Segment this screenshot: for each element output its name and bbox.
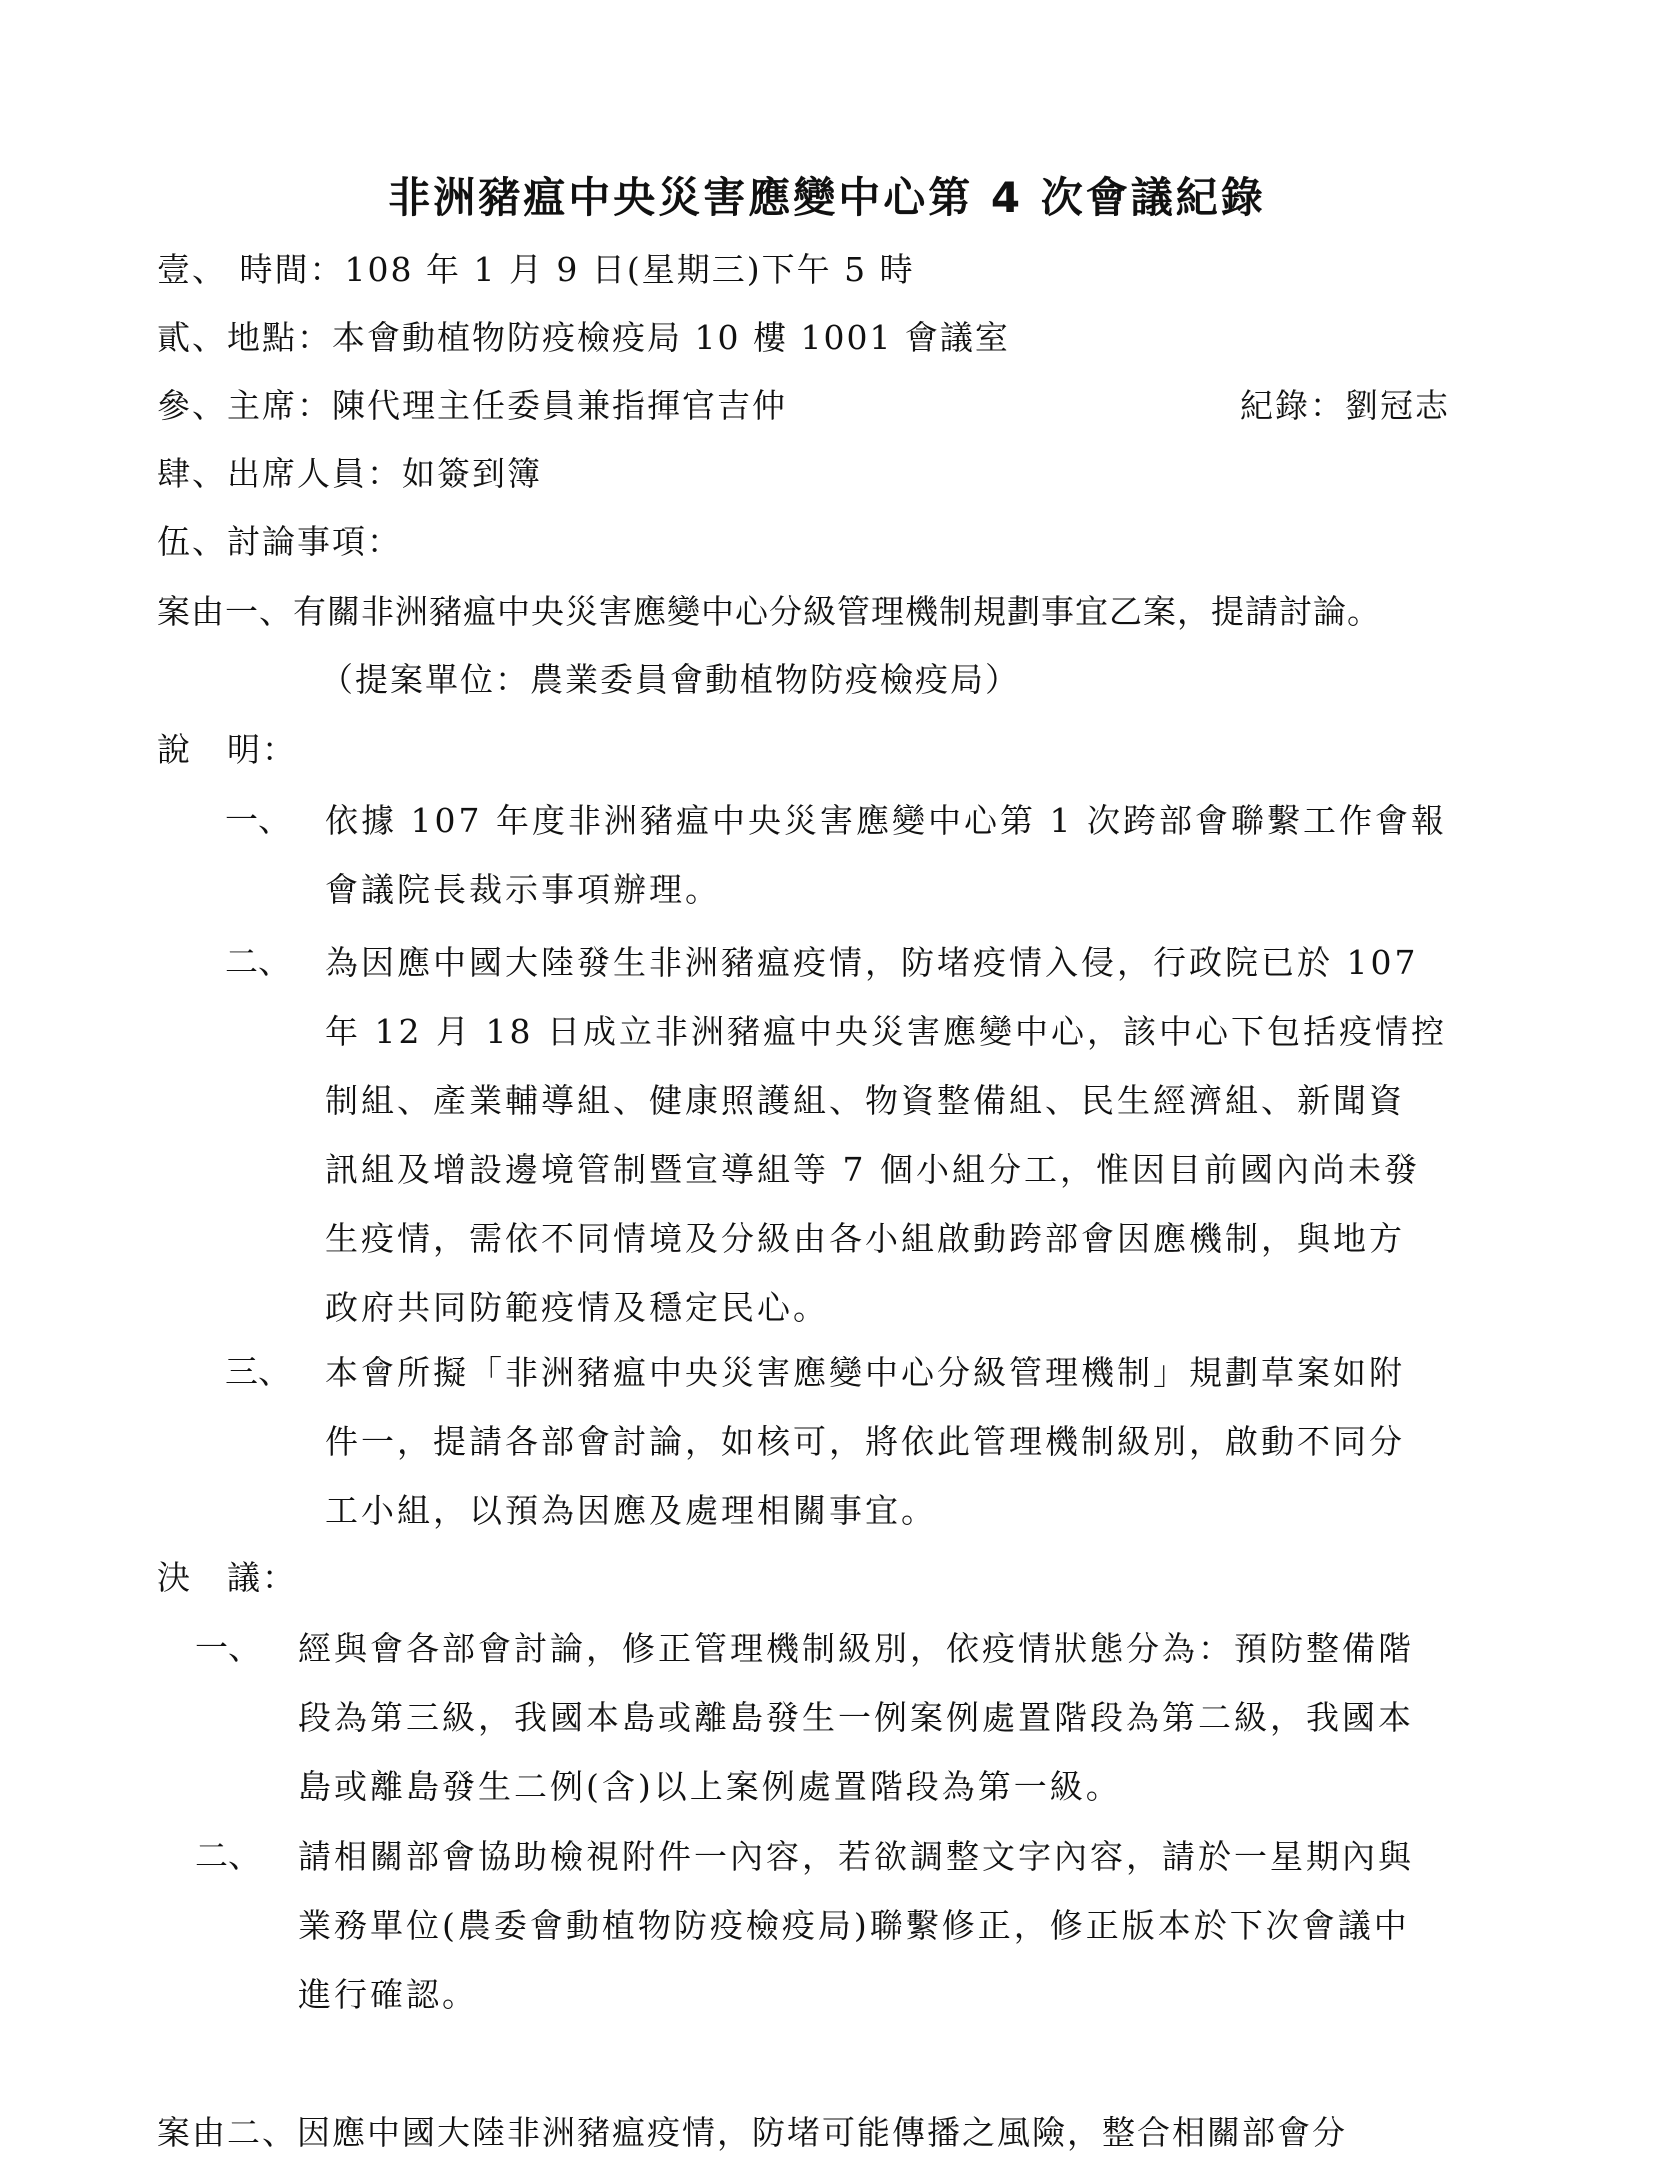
explanation-line: 會議院長裁示事項辦理。 [325,855,1447,924]
case1-proposer: （提案單位：農業委員會動植物防疫檢疫局） [320,660,1020,700]
case2-heading: 案由二、因應中國大陸非洲豬瘟疫情，防堵可能傳播之風險，整合相關部會分 [157,2113,1347,2153]
resolution-line: 經與會各部會討論，修正管理機制級別，依疫情狀態分為：預防整備階 [298,1614,1414,1683]
header-item-discussion: 伍、討論事項： [157,522,402,562]
resolution-item: 經與會各部會討論，修正管理機制級別，依疫情狀態分為：預防整備階 段為第三級，我國… [298,1614,1414,1821]
item-label: 伍、 [157,522,227,561]
explanation-number: 二、 [225,942,291,982]
item-text: 地點：本會動植物防疫檢疫局 10 樓 1001 會議室 [227,318,1010,357]
explanation-line: 訊組及增設邊境管制暨宣導組等 7 個小組分工，惟因目前國內尚未發 [325,1135,1447,1204]
explanation-line: 生疫情，需依不同情境及分級由各小組啟動跨部會因應機制，與地方 [325,1204,1447,1273]
explanation-number: 三、 [225,1352,291,1392]
explanation-line: 工小組，以預為因應及處理相關事宜。 [325,1476,1405,1545]
resolution-line: 島或離島發生二例(含)以上案例處置階段為第一級。 [298,1752,1414,1821]
resolution-number: 二、 [195,1836,261,1876]
explanation-item: 本會所擬「非洲豬瘟中央災害應變中心分級管理機制」規劃草案如附 件一，提請各部會討… [325,1338,1405,1545]
explanation-number: 一、 [225,800,291,840]
resolution-line: 業務單位(農委會動植物防疫檢疫局)聯繫修正，修正版本於下次會議中 [298,1891,1414,1960]
item-label: 參、 [157,386,227,425]
explanation-line: 為因應中國大陸發生非洲豬瘟疫情，防堵疫情入侵，行政院已於 107 [325,928,1447,997]
explanation-label: 說 明： [157,730,297,770]
page-title: 非洲豬瘟中央災害應變中心第 4 次會議紀錄 [0,173,1654,223]
item-label: 貳、 [157,318,227,357]
explanation-line: 依據 107 年度非洲豬瘟中央災害應變中心第 1 次跨部會聯繫工作會報 [325,786,1447,855]
explanation-line: 政府共同防範疫情及穩定民心。 [325,1273,1447,1342]
explanation-line: 年 12 月 18 日成立非洲豬瘟中央災害應變中心，該中心下包括疫情控 [325,997,1447,1066]
explanation-line: 制組、產業輔導組、健康照護組、物資整備組、民生經濟組、新聞資 [325,1066,1447,1135]
item-label: 肆、 [157,454,227,493]
resolution-line: 請相關部會協助檢視附件一內容，若欲調整文字內容，請於一星期內與 [298,1822,1414,1891]
header-item-attendees: 肆、出席人員：如簽到簿 [157,454,542,494]
resolution-line: 段為第三級，我國本島或離島發生一例案例處置階段為第二級，我國本 [298,1683,1414,1752]
item-label: 壹、 [157,250,227,289]
header-item-time: 壹、 時間：108 年 1 月 9 日(星期三)下午 5 時 [157,250,915,290]
header-item-location: 貳、地點：本會動植物防疫檢疫局 10 樓 1001 會議室 [157,318,1010,358]
explanation-item: 為因應中國大陸發生非洲豬瘟疫情，防堵疫情入侵，行政院已於 107 年 12 月 … [325,928,1447,1342]
item-text: 主席：陳代理主任委員兼指揮官吉仲 [227,386,787,425]
resolution-item: 請相關部會協助檢視附件一內容，若欲調整文字內容，請於一星期內與 業務單位(農委會… [298,1822,1414,2029]
item-text: 討論事項： [227,522,402,561]
item-text: 時間：108 年 1 月 9 日(星期三)下午 5 時 [227,250,915,289]
case1-heading: 案由一、有關非洲豬瘟中央災害應變中心分級管理機制規劃事宜乙案，提請討論。 [157,592,1381,632]
resolution-line: 進行確認。 [298,1960,1414,2029]
resolution-label: 決 議： [157,1558,297,1598]
header-item-chair: 參、主席：陳代理主任委員兼指揮官吉仲 [157,386,787,426]
explanation-line: 件一，提請各部會討論，如核可，將依此管理機制級別，啟動不同分 [325,1407,1405,1476]
explanation-item: 依據 107 年度非洲豬瘟中央災害應變中心第 1 次跨部會聯繫工作會報 會議院長… [325,786,1447,924]
recorder: 紀錄：劉冠志 [1240,386,1450,426]
resolution-number: 一、 [195,1628,261,1668]
item-text: 出席人員：如簽到簿 [227,454,542,493]
explanation-line: 本會所擬「非洲豬瘟中央災害應變中心分級管理機制」規劃草案如附 [325,1338,1405,1407]
